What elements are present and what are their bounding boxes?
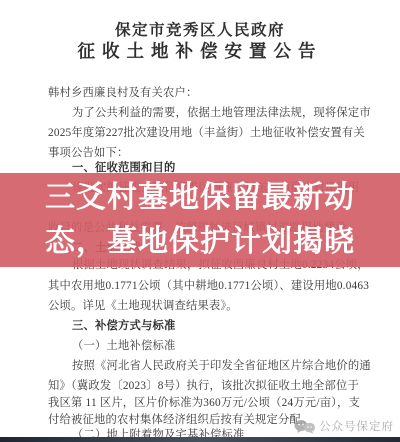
document-title-notice: 征收土地补偿安置公告 [0,38,400,63]
document-line: 韩村乡西廉良村及有关农户： [48,84,197,100]
document-photo: 保定市竞秀区人民政府 征收土地补偿安置公告 韩村乡西廉良村及有关农户：为了公共利… [0,0,400,442]
document-line: 公顷。详见《土地现状调查结果表》。 [48,297,238,313]
document-line: 三、补偿方式与标准 [72,317,175,333]
document-line: 我区第 11 区片，区片价标准为360万元/公顷（24万元/亩），支 [48,394,360,410]
document-line: 事项公告如下： [48,144,128,160]
photo-edge-strip [0,437,400,442]
document-line: 2025年度第227批次建设用地（丰益街）土地征收补偿安置有关 [48,124,365,140]
headline-overlay-band: 三爻村墓地保留最新动 态，墓地保护计划揭晓 [0,173,400,267]
headline-line-1: 三爻村墓地保留最新动 [45,176,355,220]
document-line: （一）土地补偿标准 [72,337,175,353]
document-line: 其中农用地0.1771公顷（其中耕地0.1771公顷）、建设用地0.0463 [48,277,369,293]
document-line: 知》（冀政发〔2023〕8号）执行，该批次拟征收土地全部位于 [48,377,359,393]
wechat-icon [294,419,316,434]
document-title-government: 保定市竞秀区人民政府 [0,18,400,40]
document-line: 按照《河北省人民政府关于印发全省征地区片综合地价的通 [72,357,371,373]
watermark-text: 公众号保定府 [319,418,394,434]
watermark: 公众号保定府 [294,418,394,434]
document-line: 为了公共利益的需要，依据土地管理法律法规，现将保定市 [72,104,371,120]
headline-line-2: 态，墓地保护计划揭晓 [45,220,355,264]
document-line: 付给被征地的农村集体经济组织后按有关规定分配。 [48,411,312,427]
